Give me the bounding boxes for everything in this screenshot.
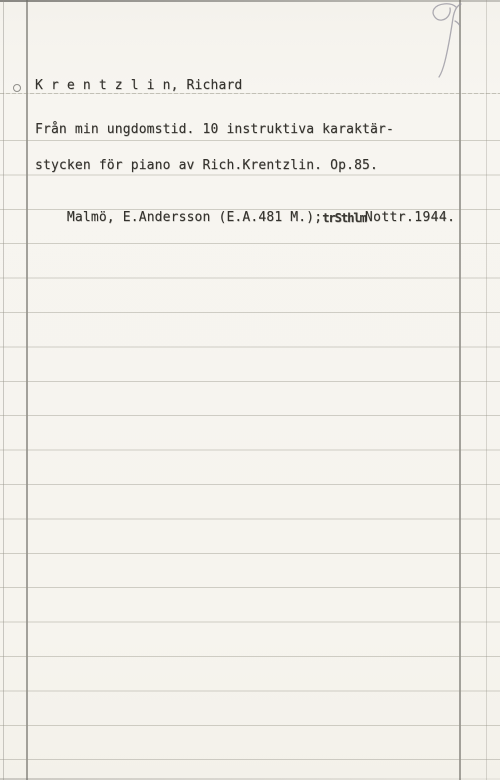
- imprint-publisher: Malmö, E.Andersson (E.A.481 M.);: [67, 210, 322, 225]
- imprint-stamped-place: trSthlm: [322, 211, 366, 225]
- card-title-line-1: Från min ungdomstid. 10 instruktiva kara…: [35, 122, 394, 138]
- imprint-year: Nottr.1944.: [365, 210, 456, 225]
- circle-mark-icon: [13, 84, 22, 93]
- card-title-line-2: stycken för piano av Rich.Krentzlin. Op.…: [35, 158, 378, 174]
- pencil-annotation-icon: [425, 1, 470, 81]
- catalog-card-scan: K r e n t z l i n, Richard Från min ungd…: [0, 0, 500, 780]
- card-imprint-line: Malmö, E.Andersson (E.A.481 M.);trSthlmN…: [35, 193, 455, 242]
- card-heading-author: K r e n t z l i n, Richard: [35, 78, 242, 94]
